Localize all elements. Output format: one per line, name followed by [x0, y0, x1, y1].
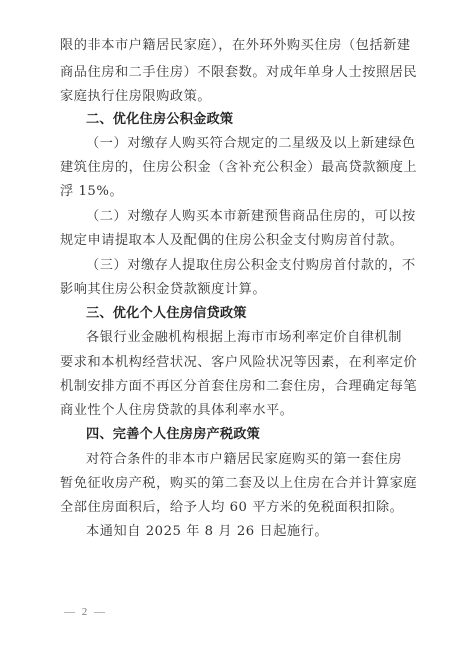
paragraph-line: 机制安排方面不再区分首套住房和二套住房，合理确定每笔	[60, 378, 394, 396]
paragraph-line: 对符合条件的非本市户籍居民家庭购买的第一套住房	[86, 451, 394, 469]
paragraph-line: 建筑住房的，住房公积金（含补充公积金）最高贷款额度上	[60, 159, 394, 177]
paragraph-line: 浮 15%。	[60, 183, 394, 201]
paragraph-line: 各银行业金融机构根据上海市市场利率定价自律机制	[86, 329, 394, 347]
paragraph-line: （三）对缴存人提取住房公积金支付购房首付款的，不	[86, 257, 394, 275]
page-number: — 2 —	[64, 606, 107, 618]
paragraph-line: 暂免征收房产税，购买的第二套及以上住房在合并计算家庭	[60, 475, 394, 493]
paragraph-line: （一）对缴存人购买符合规定的二星级及以上新建绿色	[86, 135, 394, 153]
paragraph-line: （二）对缴存人购买本市新建预售商品住房的，可以按	[86, 208, 394, 226]
section-heading-3: 三、优化个人住房信贷政策	[86, 305, 394, 323]
paragraph-line: 商品住房和二手住房）不限套数。对成年单身人士按照居民	[60, 64, 394, 82]
paragraph-line: 全部住房面积后，给予人均 60 平方米的免税面积扣除。	[60, 499, 394, 517]
paragraph-line: 规定申请提取本人及配偶的住房公积金支付购房首付款。	[60, 232, 394, 250]
paragraph-line: 家庭执行住房限购政策。	[60, 88, 394, 106]
paragraph-line: 限的非本市户籍居民家庭），在外环外购买住房（包括新建	[60, 37, 394, 55]
effective-date-line: 本通知自 2025 年 8 月 26 日起施行。	[86, 523, 394, 541]
section-heading-2: 二、优化住房公积金政策	[86, 111, 394, 129]
section-heading-4: 四、完善个人住房房产税政策	[86, 426, 394, 444]
document-page: 限的非本市户籍居民家庭），在外环外购买住房（包括新建 商品住房和二手住房）不限套…	[0, 0, 468, 653]
paragraph-line: 商业性个人住房贷款的具体利率水平。	[60, 402, 394, 420]
paragraph-line: 要求和本机构经营状况、客户风险状况等因素，在利率定价	[60, 354, 394, 372]
paragraph-line: 影响其住房公积金贷款额度计算。	[60, 281, 394, 299]
